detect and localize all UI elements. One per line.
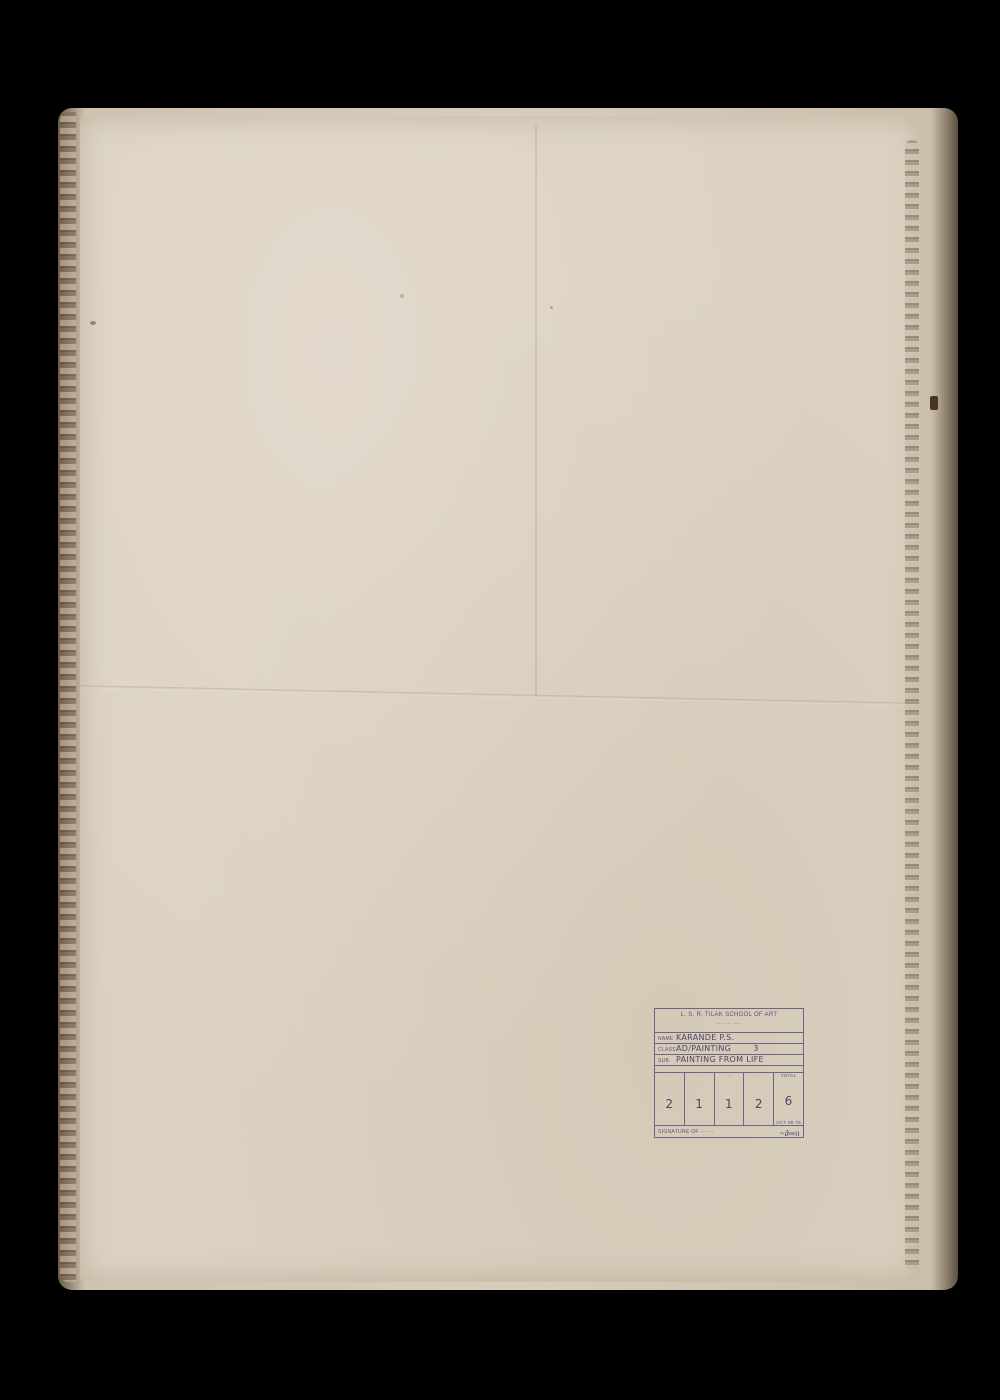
stamp-header: L. S. R. TILAK SCHOOL OF ART ··· ··· ··· <box>655 1009 803 1033</box>
signature-label: SIGNATURE OF ··· ··· <box>658 1129 714 1138</box>
stamp-class-extra: 3 <box>753 1044 758 1053</box>
stamp-name-row: NAME KARANDE P.S. <box>655 1033 803 1044</box>
total-value: 6 <box>774 1082 803 1120</box>
horizontal-fold-crease <box>80 685 920 706</box>
stamp-subject-label: SUB. <box>658 1058 676 1064</box>
stain-spot <box>90 321 96 325</box>
stamp-name-value: KARANDE P.S. <box>676 1033 734 1042</box>
mark-caption: ··· <box>685 1073 714 1082</box>
school-stamp: L. S. R. TILAK SCHOOL OF ART ··· ··· ···… <box>654 1008 804 1138</box>
right-frayed-edge <box>905 140 919 1270</box>
mark-caption: ··· <box>715 1073 744 1082</box>
paper-sheet: L. S. R. TILAK SCHOOL OF ART ··· ··· ···… <box>80 116 920 1282</box>
stamp-mark-cell: ··· 1 <box>715 1073 745 1125</box>
stain-spot <box>930 396 938 410</box>
total-caption: TOTAL <box>774 1073 803 1082</box>
stain-spot <box>400 294 404 298</box>
stamp-mark-cell: ··· 2 <box>655 1073 685 1125</box>
stain-spot <box>550 306 553 309</box>
signature-mark: ~∂∞ıı <box>780 1129 800 1138</box>
left-frayed-edge <box>60 112 76 1282</box>
stamp-subject-row: SUB. PAINTING FROM LIFE <box>655 1055 803 1066</box>
mark-caption: ··· <box>655 1073 684 1082</box>
stamp-class-value: AD/PAINTING <box>676 1044 731 1053</box>
mark-value: 1 <box>715 1082 744 1125</box>
stamp-class-row: CLASS AD/PAINTING 3 <box>655 1044 803 1055</box>
stamp-spacer <box>655 1066 803 1073</box>
mark-value: 1 <box>685 1082 714 1125</box>
stamp-school-name: L. S. R. TILAK SCHOOL OF ART <box>655 1011 803 1020</box>
stamp-marks-grid: ··· 2 ··· 1 ··· 1 ··· 2 TOTAL 6 OCT 08·7… <box>655 1073 803 1126</box>
vertical-fold-crease <box>535 126 537 696</box>
stamp-mark-cell: ··· 1 <box>685 1073 715 1125</box>
stamp-mark-cell: ··· 2 <box>744 1073 774 1125</box>
stamp-name-label: NAME <box>658 1036 676 1042</box>
stamp-subject-value: PAINTING FROM LIFE <box>676 1055 764 1064</box>
stamp-school-subtitle: ··· ··· ··· <box>655 1020 803 1029</box>
mark-value: 2 <box>744 1082 773 1125</box>
mark-caption: ··· <box>744 1073 773 1082</box>
stamp-class-label: CLASS <box>658 1047 676 1053</box>
stamp-signature-row: SIGNATURE OF ··· ··· ~∂∞ıı <box>655 1126 803 1141</box>
stamp-date: OCT 08·75 <box>774 1120 803 1125</box>
stamp-total-cell: TOTAL 6 OCT 08·75 <box>774 1073 803 1125</box>
mark-value: 2 <box>655 1082 684 1125</box>
